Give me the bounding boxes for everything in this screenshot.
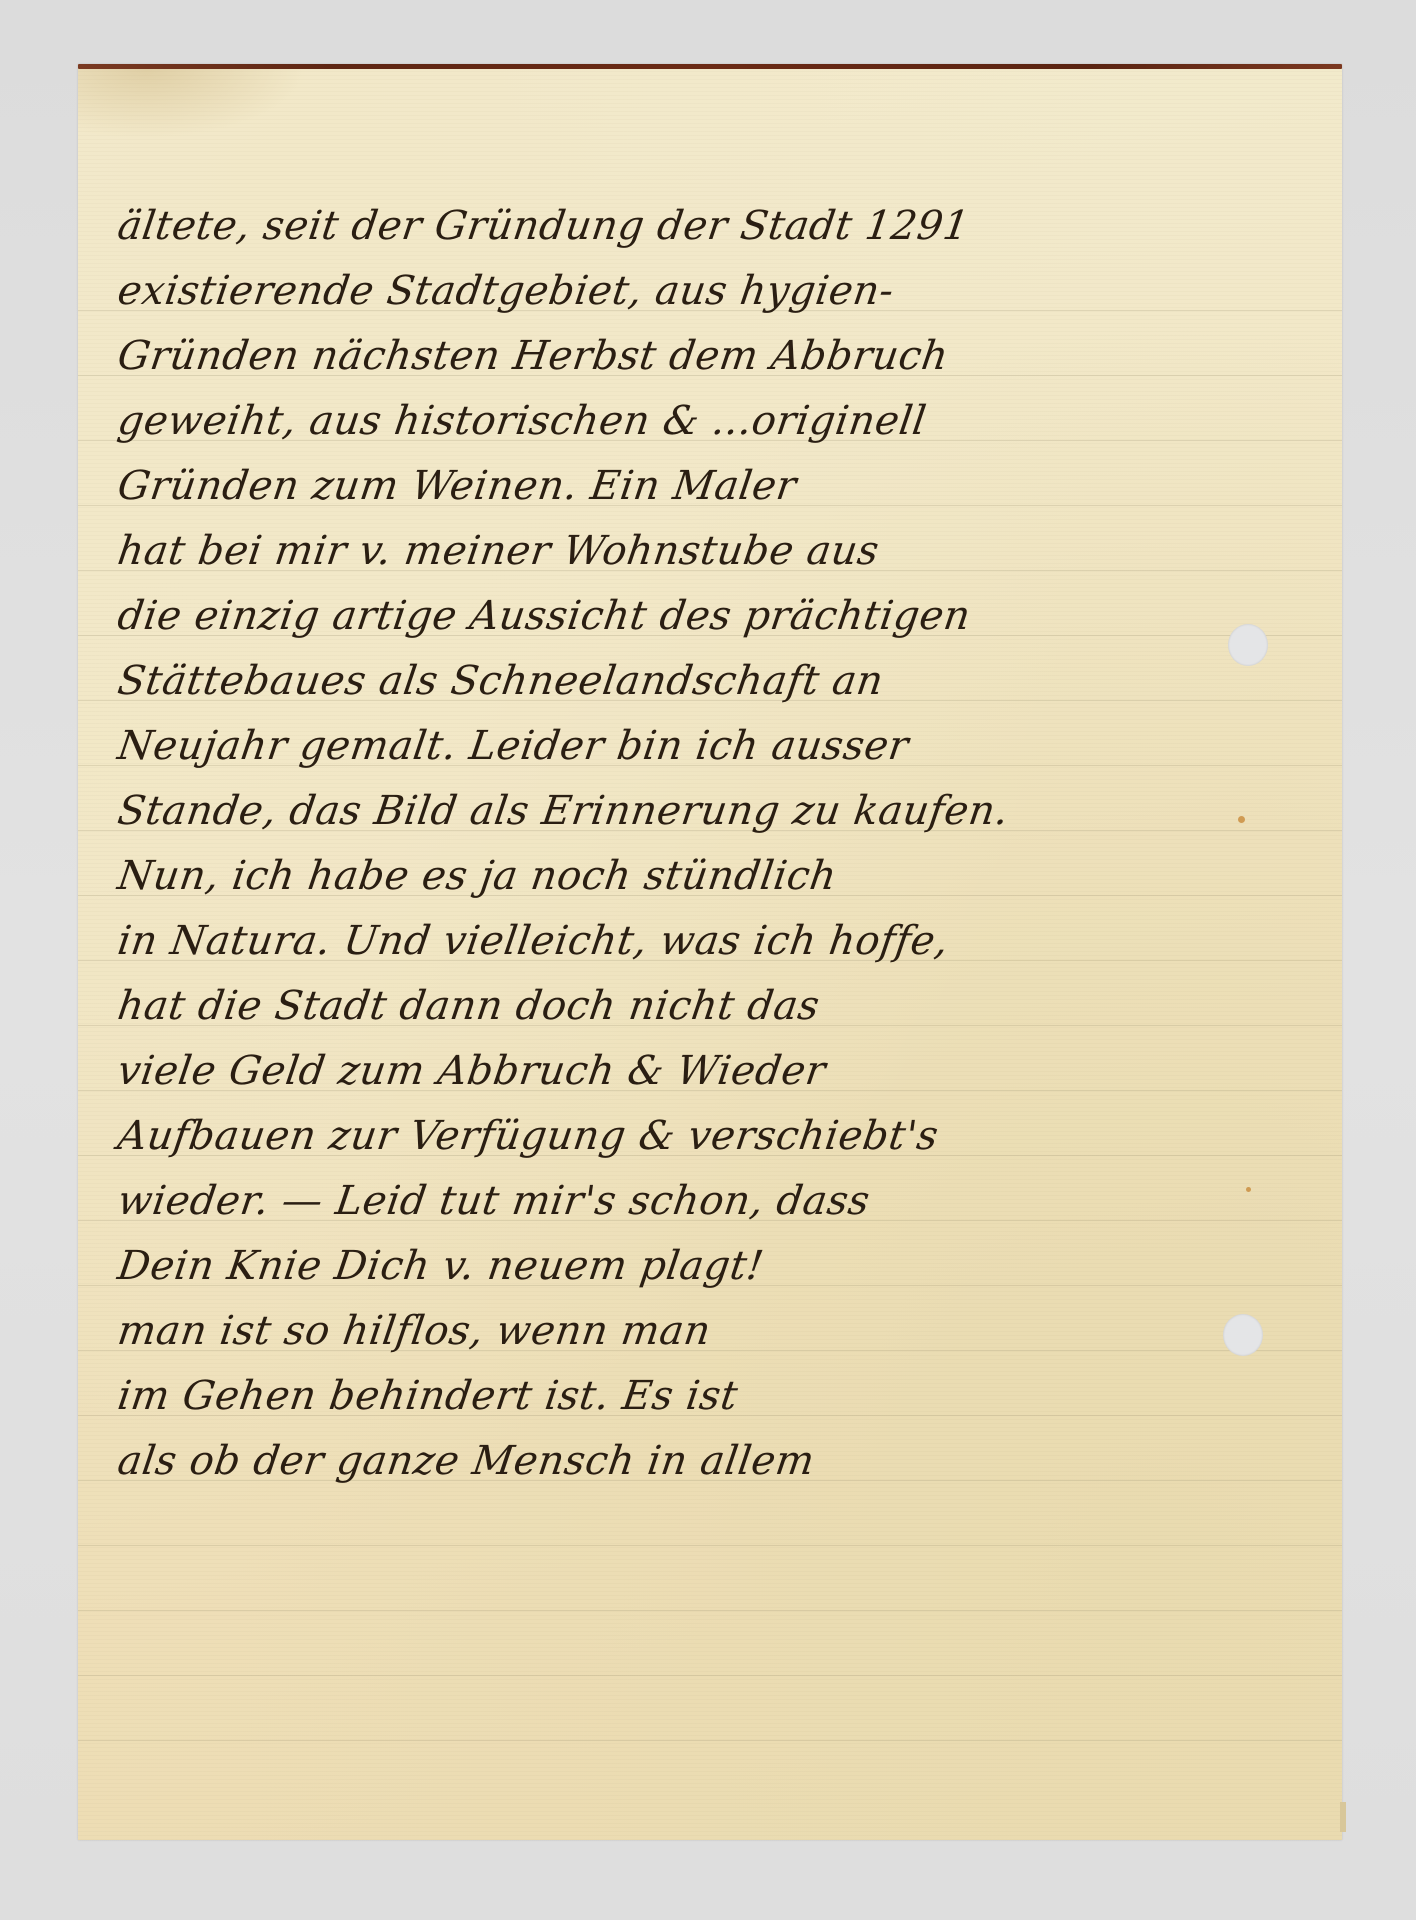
handwritten-text: ältete, seit der Gründung der Stadt 1291… (118, 194, 1298, 1494)
text-line: geweiht, aus historischen & ...originell (113, 389, 1302, 454)
text-line: ältete, seit der Gründung der Stadt 1291 (113, 194, 1302, 259)
ruled-line (78, 1740, 1342, 1741)
paper-corner-tear (1340, 1802, 1346, 1832)
text-line: als ob der ganze Mensch in allem (113, 1429, 1302, 1494)
text-line: viele Geld zum Abbruch & Wieder (113, 1039, 1302, 1104)
ruled-line (78, 1675, 1342, 1676)
text-line: in Natura. Und vielleicht, was ich hoffe… (113, 909, 1302, 974)
text-line: Neujahr gemalt. Leider bin ich ausser (113, 714, 1302, 779)
text-line: Stande, das Bild als Erinnerung zu kaufe… (113, 779, 1302, 844)
text-line: hat die Stadt dann doch nicht das (113, 974, 1302, 1039)
text-line: existierende Stadtgebiet, aus hygien- (113, 259, 1302, 324)
text-line: Stättebaues als Schneelandschaft an (113, 649, 1302, 714)
text-line: wieder. — Leid tut mir's schon, dass (113, 1169, 1302, 1234)
text-line: man ist so hilflos, wenn man (113, 1299, 1302, 1364)
letter-page: ältete, seit der Gründung der Stadt 1291… (78, 64, 1342, 1840)
text-line: Nun, ich habe es ja noch stündlich (113, 844, 1302, 909)
ruled-line (78, 1610, 1342, 1611)
text-line: hat bei mir v. meiner Wohnstube aus (113, 519, 1302, 584)
ruled-line (78, 1545, 1342, 1546)
text-line: im Gehen behindert ist. Es ist (113, 1364, 1302, 1429)
text-line: Dein Knie Dich v. neuem plagt! (113, 1234, 1302, 1299)
text-line: Gründen zum Weinen. Ein Maler (113, 454, 1302, 519)
text-line: Aufbauen zur Verfügung & verschiebt's (113, 1104, 1302, 1169)
paper-stain (78, 69, 308, 139)
text-line: die einzig artige Aussicht des prächtige… (113, 584, 1302, 649)
text-line: Gründen nächsten Herbst dem Abbruch (113, 324, 1302, 389)
